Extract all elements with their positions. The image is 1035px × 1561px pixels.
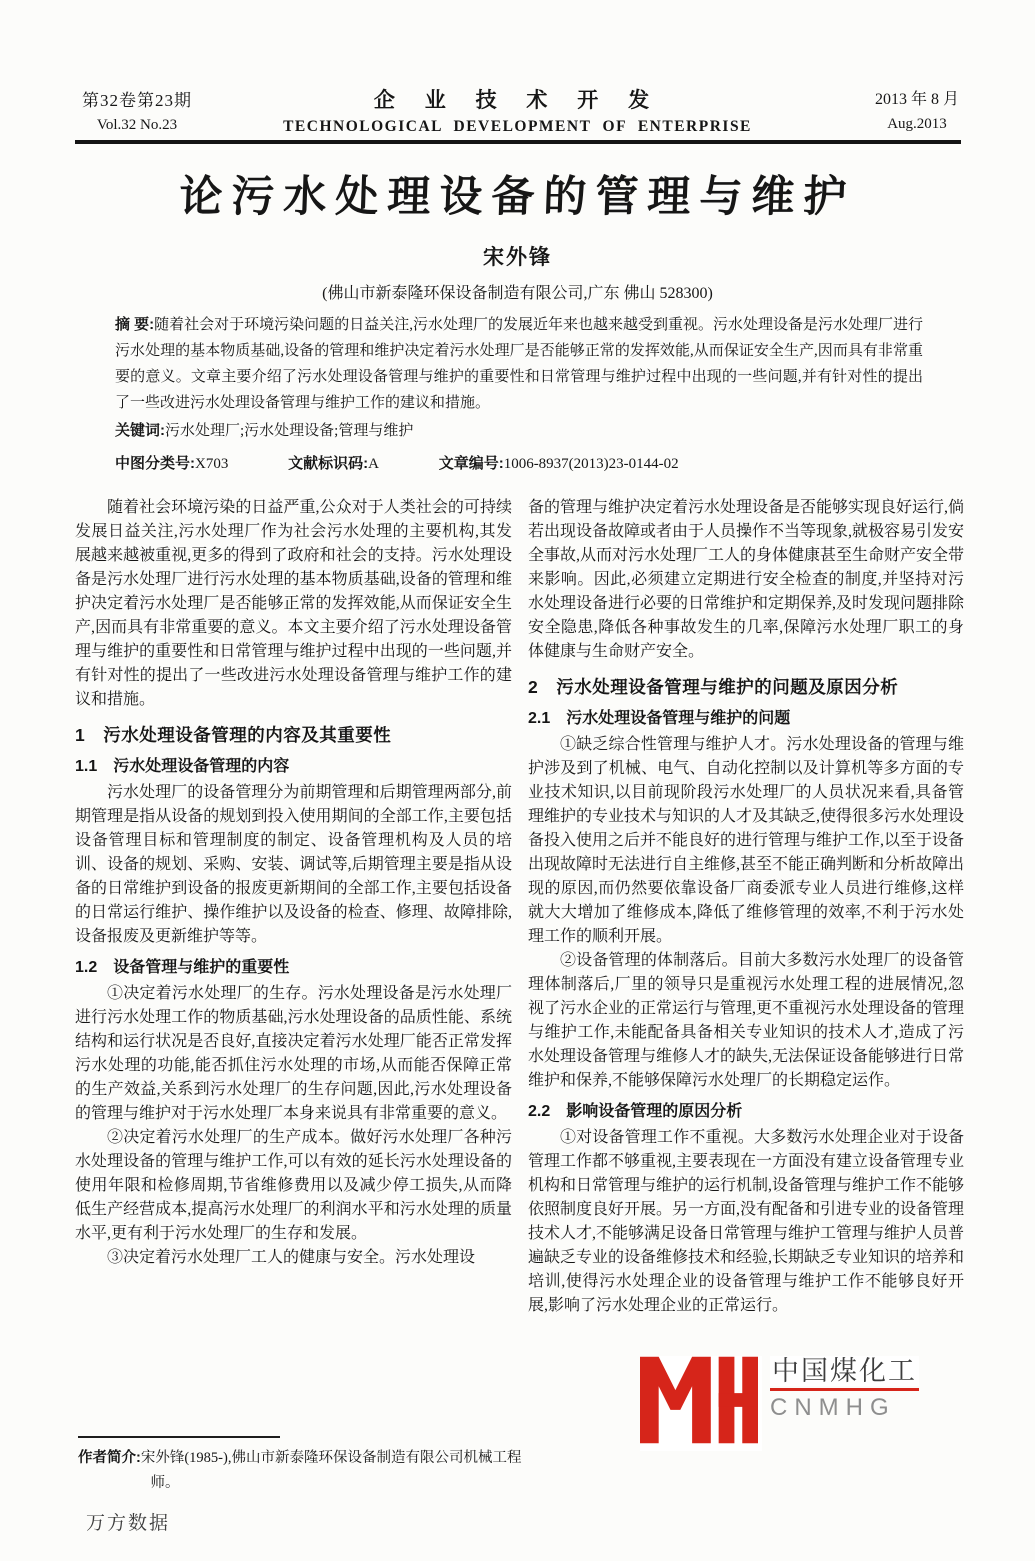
section-1-1-paragraph: 污水处理厂的设备管理分为前期管理和后期管理两部分,前期管理是指从设备的规划到投入… [75,781,512,949]
abstract-label: 摘 要: [115,316,154,333]
doc-code-label: 文献标识码: [288,455,368,472]
author-bio-text: 宋外锋(1985-),佛山市新泰隆环保设备制造有限公司机械工程师。 [141,1450,522,1491]
keywords-text: 污水处理厂;污水处理设备;管理与维护 [165,423,413,439]
cnmhg-logo-icon [640,1356,762,1451]
author-name: 宋外锋 [0,241,1035,271]
header-date-block: 2013 年 8 月 Aug.2013 [875,92,959,132]
classification-line: 中图分类号:X703 文献标识码:A 文章编号:1006-8937(2013)2… [115,452,923,473]
footnote-text-line: 作者简介:宋外锋(1985-),佛山市新泰隆环保设备制造有限公司机械工程师。 [78,1446,523,1496]
continued-paragraph: 备的管理与维护决定着污水处理设备是否能够实现良好运行,倘若出现设备故障或者由于人… [528,496,964,664]
doc-code-value: A [368,456,379,472]
abstract-block: 摘 要:随着社会对于环境污染问题的日益关注,污水处理厂的发展近年来也越来越受到重… [115,312,923,473]
cnmhg-brand-cn: 中国煤化工 [770,1356,919,1386]
wanfang-watermark: 万方数据 [86,1508,170,1535]
cnmhg-text-block: 中国煤化工 CNMHG [770,1356,919,1422]
doc-code-item: 文献标识码:A [288,456,379,472]
section-2-1-heading: 2.1 污水处理设备管理与维护的问题 [528,706,964,731]
issue-date-en: Aug.2013 [875,117,959,132]
right-column: 备的管理与维护决定着污水处理设备是否能够实现良好运行,倘若出现设备故障或者由于人… [528,496,964,1318]
author-bio-label: 作者简介: [78,1450,141,1466]
author-bio-footnote: 作者简介:宋外锋(1985-),佛山市新泰隆环保设备制造有限公司机械工程师。 [78,1436,523,1496]
section-1-2-paragraph-1: ①决定着污水处理厂的生存。污水处理设备是污水处理厂进行污水处理工作的物质基础,污… [75,982,512,1126]
page-title: 论污水处理设备的管理与维护 [0,163,1035,224]
keywords-label: 关键词: [115,422,165,439]
section-2-heading: 2 污水处理设备管理与维护的问题及原因分析 [528,675,964,700]
section-1-heading: 1 污水处理设备管理的内容及其重要性 [75,723,512,748]
footnote-divider [78,1436,280,1438]
keywords-line: 关键词:污水处理厂;污水处理设备;管理与维护 [115,419,923,443]
cnmhg-watermark: 中国煤化工 CNMHG [640,1356,919,1451]
header-divider [75,140,961,144]
clc-label: 中图分类号: [115,455,195,472]
article-id-item: 文章编号:1006-8937(2013)23-0144-02 [439,456,679,472]
section-2-2-paragraph-1: ①对设备管理工作不重视。大多数污水处理企业对于设备管理工作都不够重视,主要表现在… [528,1126,964,1318]
issue-date-cn: 2013 年 8 月 [875,92,959,108]
abstract-text: 随着社会对于环境污染问题的日益关注,污水处理厂的发展近年来也越来越受到重视。污水… [115,317,923,411]
cnmhg-brand-en: CNMHG [770,1394,919,1422]
section-2-1-paragraph-2: ②设备管理的体制落后。目前大多数污水处理厂的设备管理体制落后,厂里的领导只是重视… [528,949,964,1093]
cnmhg-red-underline [770,1388,919,1391]
section-1-2-paragraph-3: ③决定着污水处理厂工人的健康与安全。污水处理设 [75,1246,512,1270]
clc-item: 中图分类号:X703 [115,456,228,472]
article-id-label: 文章编号: [439,455,504,472]
section-2-1-paragraph-1: ①缺乏综合性管理与维护人才。污水处理设备的管理与维护涉及到了机械、电气、自动化控… [528,733,964,949]
section-1-2-paragraph-2: ②决定着污水处理厂的生产成本。做好污水处理厂各种污水处理设备的管理与维护工作,可… [75,1126,512,1246]
abstract-paragraph: 摘 要:随着社会对于环境污染问题的日益关注,污水处理厂的发展近年来也越来越受到重… [115,312,923,416]
section-1-2-heading: 1.2 设备管理与维护的重要性 [75,955,512,980]
author-affiliation: (佛山市新泰隆环保设备制造有限公司,广东 佛山 528300) [0,280,1035,303]
intro-paragraph: 随着社会环境污染的日益严重,公众对于人类社会的可持续发展日益关注,污水处理厂作为… [75,496,512,712]
clc-value: X703 [195,456,228,472]
article-id-value: 1006-8937(2013)23-0144-02 [504,456,679,472]
section-2-2-heading: 2.2 影响设备管理的原因分析 [528,1099,964,1124]
section-1-1-heading: 1.1 污水处理设备管理的内容 [75,754,512,779]
left-column: 随着社会环境污染的日益严重,公众对于人类社会的可持续发展日益关注,污水处理厂作为… [75,496,512,1270]
